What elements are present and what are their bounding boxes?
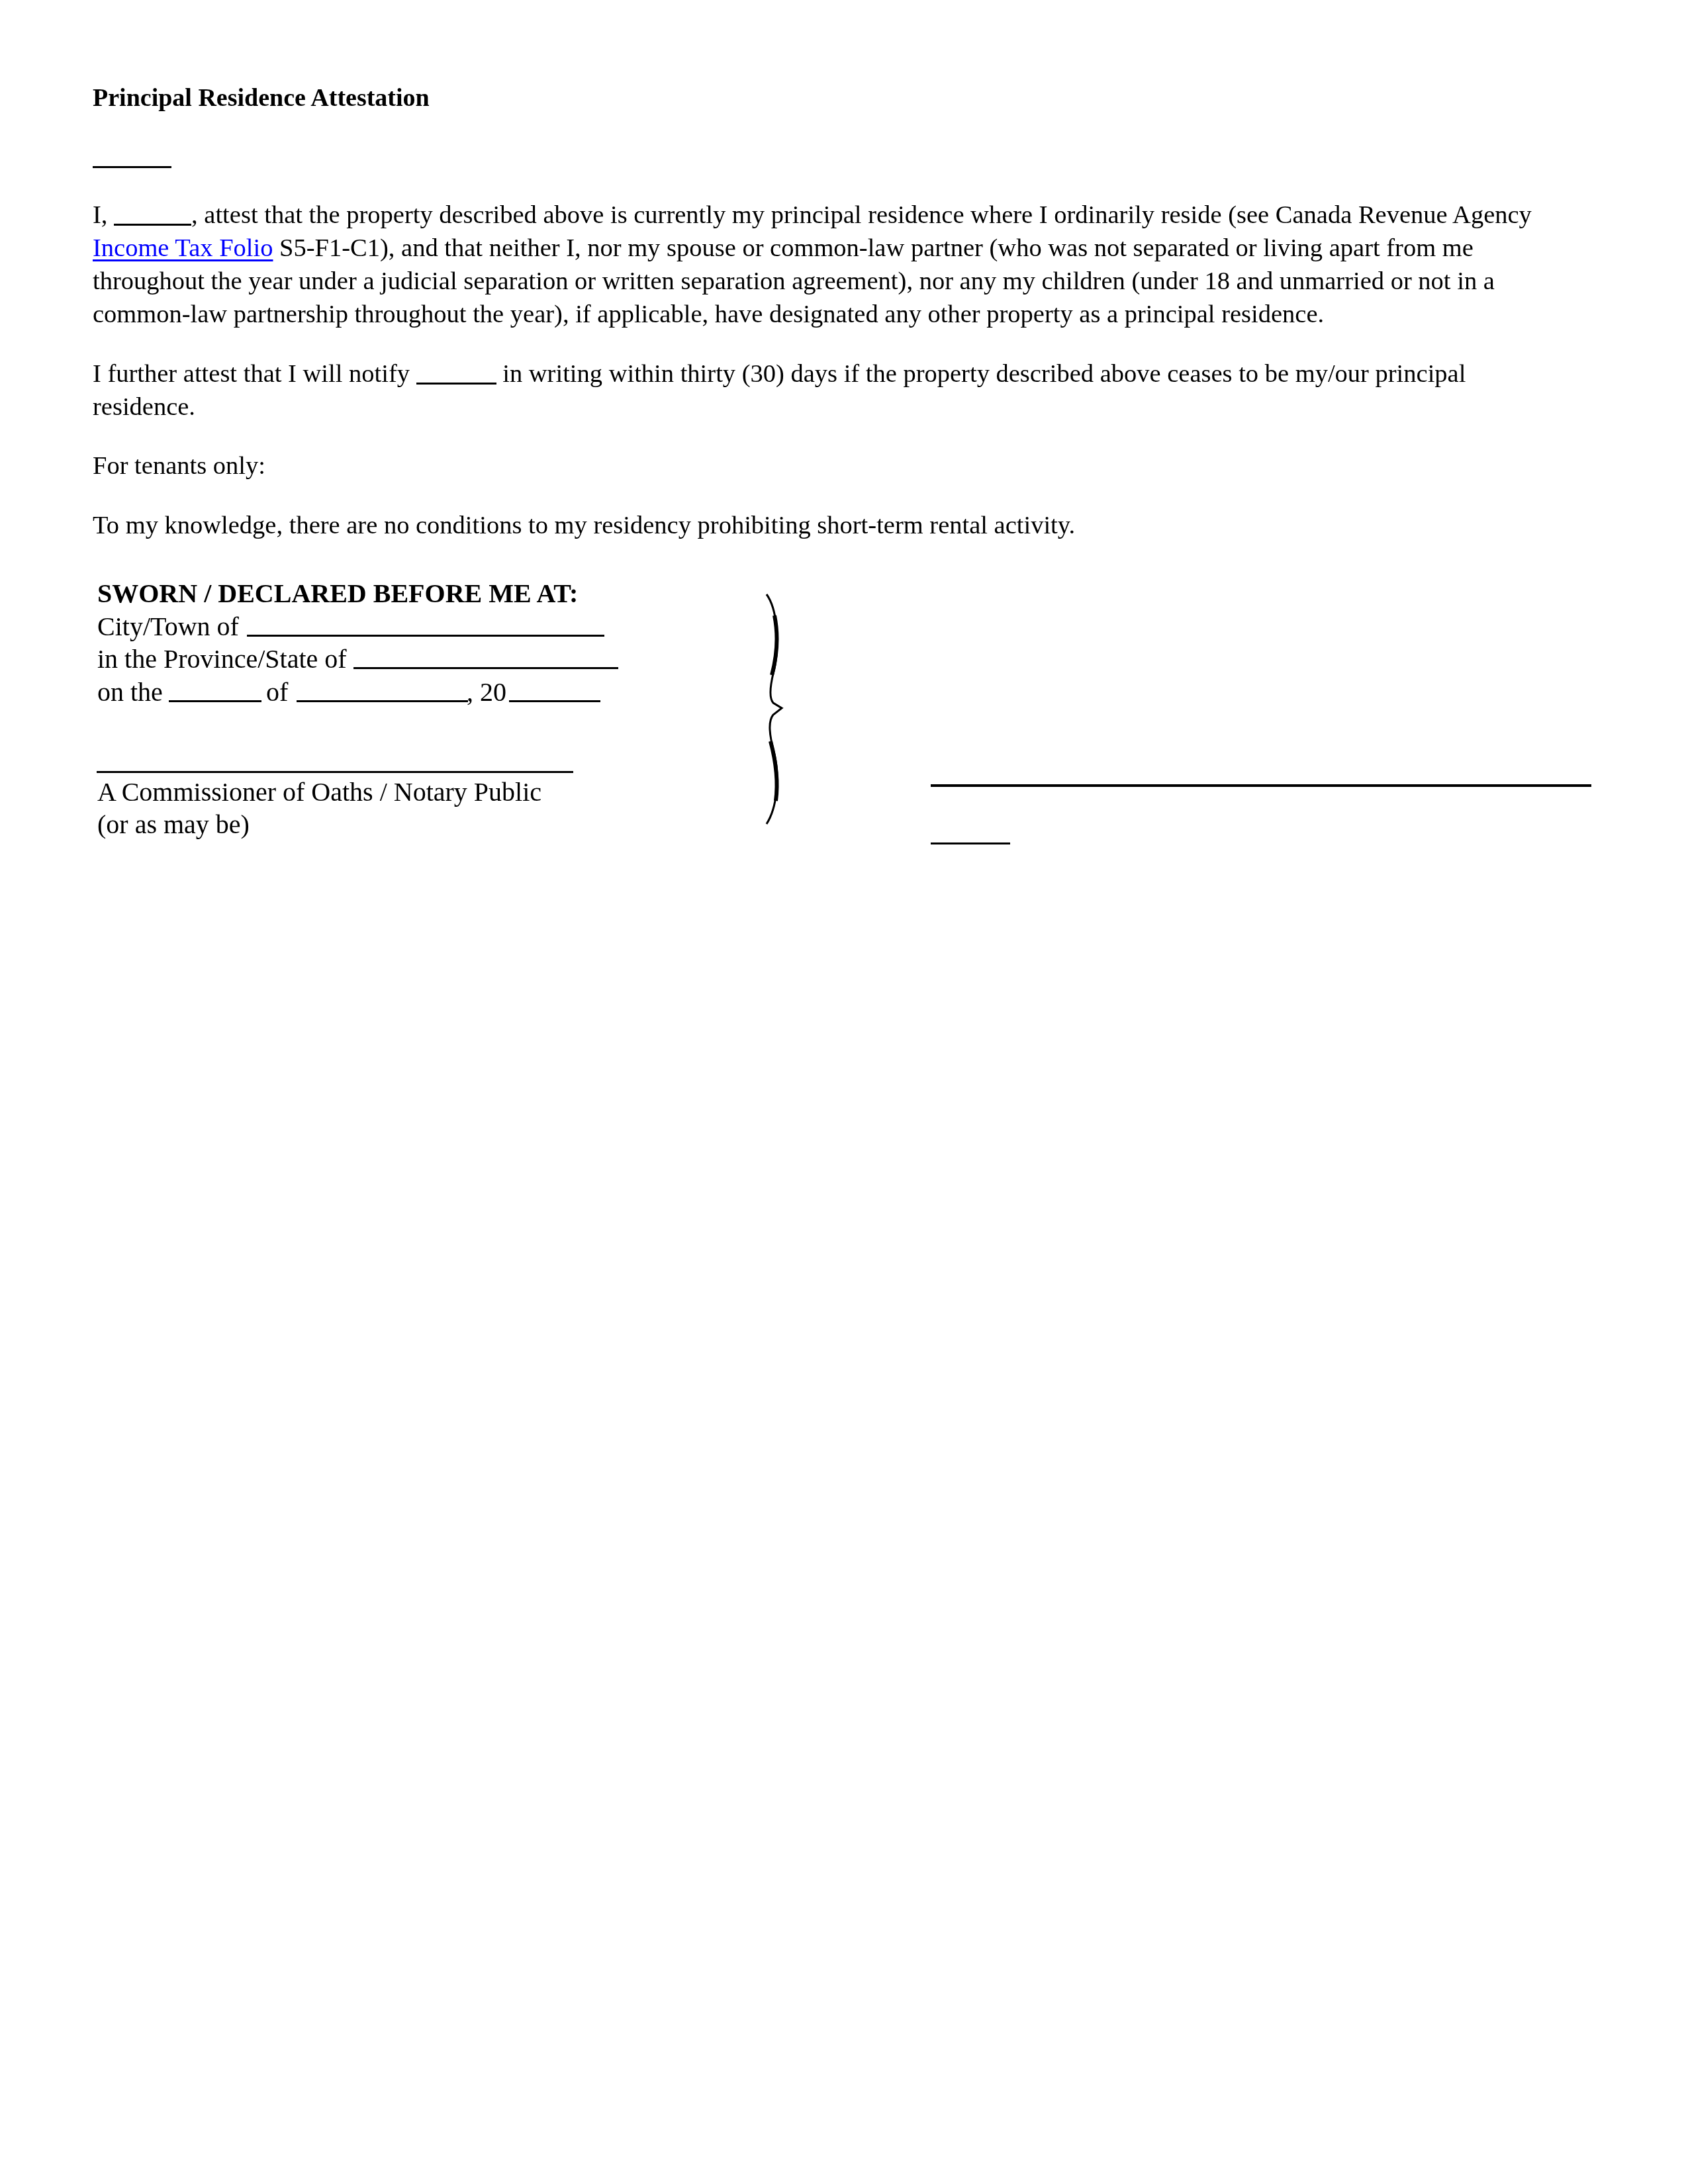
- name-blank-line-top[interactable]: [93, 166, 171, 168]
- text-segment: I further attest that I will notify: [93, 360, 416, 388]
- income-tax-folio-link[interactable]: Income Tax Folio: [93, 234, 273, 262]
- day-blank[interactable]: [169, 700, 261, 702]
- curly-brace-icon: [755, 589, 794, 831]
- date-year-prefix-wrap: , 20: [467, 676, 506, 709]
- text-segment: I,: [93, 201, 114, 229]
- page-title: Principal Residence Attestation: [93, 85, 430, 111]
- city-label: City/Town of: [97, 612, 246, 641]
- sworn-heading: SWORN / DECLARED BEFORE ME AT:: [97, 577, 578, 610]
- year-blank[interactable]: [509, 700, 600, 702]
- city-row: City/Town of: [97, 610, 246, 643]
- attestor-name-blank[interactable]: [114, 224, 191, 226]
- notification-paragraph: I further attest that I will notify in w…: [93, 357, 1466, 424]
- tenants-heading: For tenants only:: [93, 449, 265, 482]
- date-row-on-the: on the: [97, 676, 169, 709]
- commissioner-title: A Commissioner of Oaths / Notary Public: [97, 776, 541, 809]
- text-segment: , attest that the property described abo…: [191, 201, 1532, 229]
- text-segment: S5-F1-C1), and that neither I, nor my sp…: [273, 234, 1473, 262]
- paragraph1-line4: common-law partnership throughout the ye…: [93, 298, 1532, 331]
- paragraph1-line3: throughout the year under a judicial sep…: [93, 265, 1532, 298]
- commissioner-signature-line[interactable]: [97, 771, 573, 773]
- date-of-label: of: [259, 677, 295, 707]
- date-on-the-label: on the: [97, 677, 169, 707]
- province-row: in the Province/State of: [97, 643, 353, 676]
- month-blank[interactable]: [297, 700, 468, 702]
- province-label: in the Province/State of: [97, 644, 353, 674]
- date-year-prefix: , 20: [467, 677, 506, 707]
- city-blank[interactable]: [247, 635, 604, 637]
- date-of-label-wrap: of: [259, 676, 295, 709]
- commissioner-note: (or as may be): [97, 808, 250, 841]
- declarant-name-blank[interactable]: [931, 842, 1010, 844]
- paragraph2-line1: I further attest that I will notify in w…: [93, 357, 1466, 390]
- text-segment: in writing within thirty (30) days if th…: [496, 360, 1466, 388]
- notify-party-blank[interactable]: [416, 383, 496, 385]
- province-blank[interactable]: [353, 667, 618, 669]
- declarant-signature-line[interactable]: [931, 784, 1591, 787]
- attestation-paragraph: I, , attest that the property described …: [93, 199, 1532, 331]
- paragraph1-line2: Income Tax Folio S5-F1-C1), and that nei…: [93, 232, 1532, 265]
- paragraph2-line2: residence.: [93, 390, 1466, 424]
- tenants-statement: To my knowledge, there are no conditions…: [93, 509, 1075, 542]
- paragraph1-line1: I, , attest that the property described …: [93, 199, 1532, 232]
